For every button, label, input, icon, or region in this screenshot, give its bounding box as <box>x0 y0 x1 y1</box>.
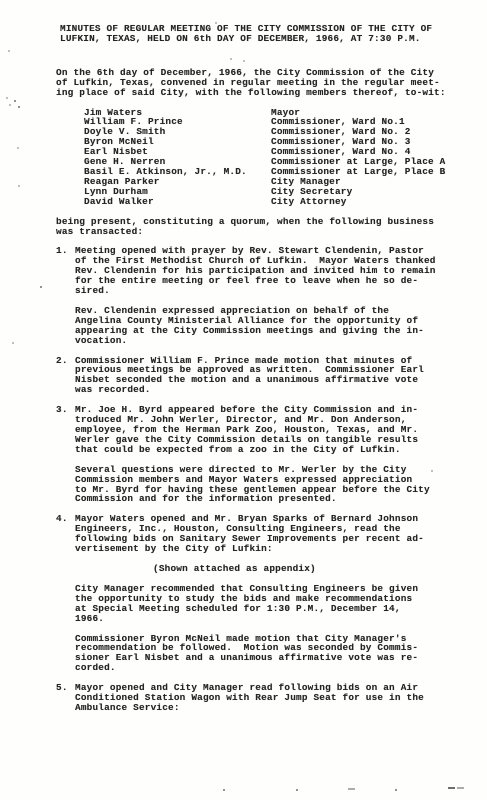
appendix-note: (Shown attached as appendix) <box>153 564 457 574</box>
item-paragraph: City Manager recommended that Consulting… <box>75 584 457 624</box>
item-body: Mayor opened and City Manager read follo… <box>75 683 457 723</box>
scan-speck <box>230 58 232 60</box>
scan-speck <box>223 789 225 791</box>
scan-speck <box>14 100 16 102</box>
scan-speck <box>431 470 433 472</box>
item-number: 3. <box>56 405 75 514</box>
scan-speck <box>17 147 19 149</box>
quorum-paragraph: being present, constituting a quorum, wh… <box>56 217 457 237</box>
agenda-item-1: 1. Meeting opened with prayer by Rev. St… <box>56 246 457 355</box>
item-body: Mayor Waters opened and Mr. Bryan Sparks… <box>75 514 457 683</box>
scanned-minutes-page: MINUTES OF REGULAR MEETING OF THE CITY C… <box>0 0 487 800</box>
item-paragraph: Rev. Clendenin expressed appreciation on… <box>75 306 457 346</box>
agenda-item-5: 5. Mayor opened and City Manager read fo… <box>56 683 457 723</box>
item-paragraph: Mayor opened and City Manager read follo… <box>75 683 457 713</box>
item-body: Commissioner William F. Prince made moti… <box>75 356 457 406</box>
scan-speck <box>457 787 464 789</box>
scan-speck <box>40 286 42 288</box>
intro-paragraph: On the 6th day of December, 1966, the Ci… <box>56 68 457 98</box>
agenda-item-4: 4. Mayor Waters opened and Mr. Bryan Spa… <box>56 514 457 683</box>
document-content: MINUTES OF REGULAR MEETING OF THE CITY C… <box>56 24 457 723</box>
item-number: 2. <box>56 356 75 406</box>
scan-speck <box>296 789 298 791</box>
scan-speck <box>243 60 245 62</box>
scan-speck <box>395 789 397 791</box>
scan-speck <box>18 185 20 187</box>
scan-speck <box>348 788 355 790</box>
attendee-list: Jim Waters Mayor William F. Prince Commi… <box>56 108 457 207</box>
item-number: 4. <box>56 514 75 683</box>
scan-speck <box>9 104 11 106</box>
attendee-title: City Attorney <box>271 197 457 207</box>
item-paragraph: Several questions were directed to Mr. W… <box>75 465 457 505</box>
agenda-item-2: 2. Commissioner William F. Prince made m… <box>56 356 457 406</box>
item-paragraph: Mayor Waters opened and Mr. Bryan Sparks… <box>75 514 457 554</box>
item-number: 1. <box>56 246 75 355</box>
scan-speck <box>18 106 20 108</box>
scan-speck <box>215 22 217 24</box>
scan-speck <box>8 50 10 52</box>
scan-speck <box>12 342 14 344</box>
scan-speck <box>448 787 455 789</box>
item-paragraph: Commissioner Byron McNeil made motion th… <box>75 634 457 674</box>
document-title: MINUTES OF REGULAR MEETING OF THE CITY C… <box>60 24 457 44</box>
agenda-item-3: 3. Mr. Joe H. Byrd appeared before the C… <box>56 405 457 514</box>
item-body: Meeting opened with prayer by Rev. Stewa… <box>75 246 457 355</box>
item-paragraph: Commissioner William F. Prince made moti… <box>75 356 457 396</box>
attendee-name: David Walker <box>84 197 271 207</box>
item-paragraph: Meeting opened with prayer by Rev. Stewa… <box>75 246 457 296</box>
item-paragraph: Mr. Joe H. Byrd appeared before the City… <box>75 405 457 455</box>
item-number: 5. <box>56 683 75 723</box>
scan-speck <box>6 97 8 99</box>
attendee-row: David Walker City Attorney <box>84 197 457 207</box>
item-body: Mr. Joe H. Byrd appeared before the City… <box>75 405 457 514</box>
